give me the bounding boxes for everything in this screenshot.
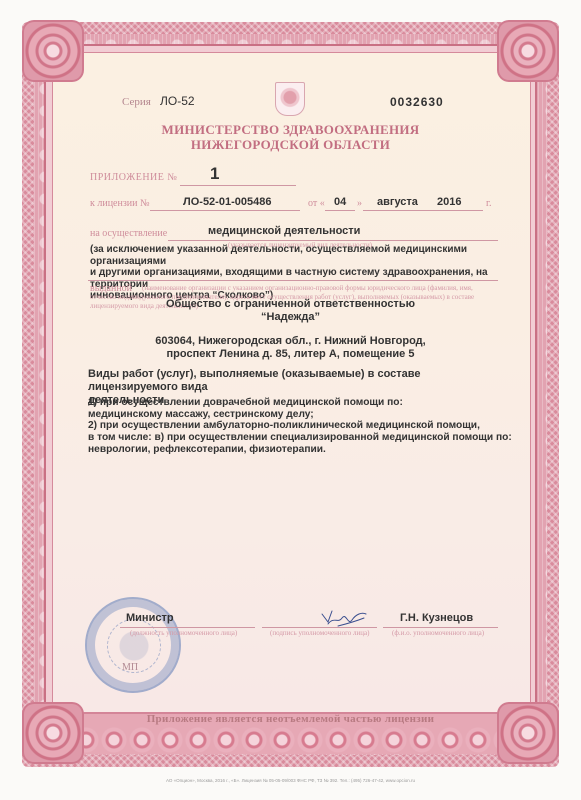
exclusion-underline (88, 280, 498, 281)
form-number: 0032630 (390, 95, 444, 109)
license-underline (150, 210, 300, 211)
month-year-underline (363, 210, 483, 211)
activity-value: медицинской деятельности (208, 225, 360, 237)
appendix-underline (180, 185, 296, 186)
signature-caption: (подпись уполномоченного лица) (270, 629, 369, 637)
license-month: августа (377, 196, 418, 208)
organization-form: Общество с ограниченной ответственностью (0, 298, 581, 311)
ministry-region: НИЖЕГОРОДСКОЙ ОБЛАСТИ (0, 137, 581, 153)
works-list-line: неврологии, рефлексотерапии, физиотерапи… (88, 444, 508, 456)
license-appendix-page: Серия ЛО-52 0032630 МИНИСТЕРСТВО ЗДРАВОО… (0, 0, 581, 800)
works-list: 1) при осуществлении доврачебной медицин… (88, 397, 508, 456)
day-underline (325, 210, 355, 211)
issued-label: выданной (90, 283, 132, 294)
organization-name: “Надежда” (0, 311, 581, 324)
year-suffix: г. (486, 198, 491, 209)
series-label: Серия (122, 96, 151, 108)
date-from-label: от « (308, 198, 325, 209)
works-list-line: в том числе: в) при осуществлении специа… (88, 432, 508, 444)
document-content: Серия ЛО-52 0032630 МИНИСТЕРСТВО ЗДРАВОО… (0, 0, 581, 800)
works-list-line: медицинскому массажу, сестринскому делу; (88, 409, 508, 421)
name-underline (383, 627, 498, 628)
exclusion-line: (за исключением указанной деятельности, … (90, 244, 500, 267)
printer-imprint: АО «Опцион», Москва, 2016 г., «Б». Лицен… (0, 778, 581, 783)
date-quote-close: » (357, 198, 362, 209)
signer-position: Министр (126, 612, 174, 624)
address-line-1: 603064, Нижегородская обл., г. Нижний Но… (0, 335, 581, 348)
appendix-number: 1 (210, 164, 219, 184)
appendix-note: Приложение является неотъемлемой частью … (0, 713, 581, 725)
license-year: 2016 (437, 196, 461, 208)
license-number: ЛО-52-01-005486 (183, 196, 271, 208)
license-day: 04 (334, 196, 346, 208)
signer-name: Г.Н. Кузнецов (400, 612, 473, 624)
name-caption: (ф.и.о. уполномоченного лица) (392, 629, 484, 637)
license-label: к лицензии № (90, 198, 150, 209)
works-heading-line: Виды работ (услуг), выполняемые (оказыва… (88, 368, 508, 394)
works-list-line: 2) при осуществлении амбулаторно-поликли… (88, 420, 508, 432)
series-value: ЛО-52 (160, 94, 195, 108)
works-list-line: 1) при осуществлении доврачебной медицин… (88, 397, 508, 409)
coat-of-arms-icon (275, 82, 305, 116)
address-line-2: проспект Ленина д. 85, литер А, помещени… (0, 348, 581, 361)
seal-place-label: МП (122, 662, 138, 673)
activity-label: на осуществление (90, 228, 167, 239)
position-caption: (должность уполномоченного лица) (130, 629, 237, 637)
position-underline (120, 627, 255, 628)
ministry-title: МИНИСТЕРСТВО ЗДРАВООХРАНЕНИЯ (0, 122, 581, 138)
appendix-label: ПРИЛОЖЕНИЕ № (90, 172, 177, 183)
signature-underline (262, 627, 377, 628)
